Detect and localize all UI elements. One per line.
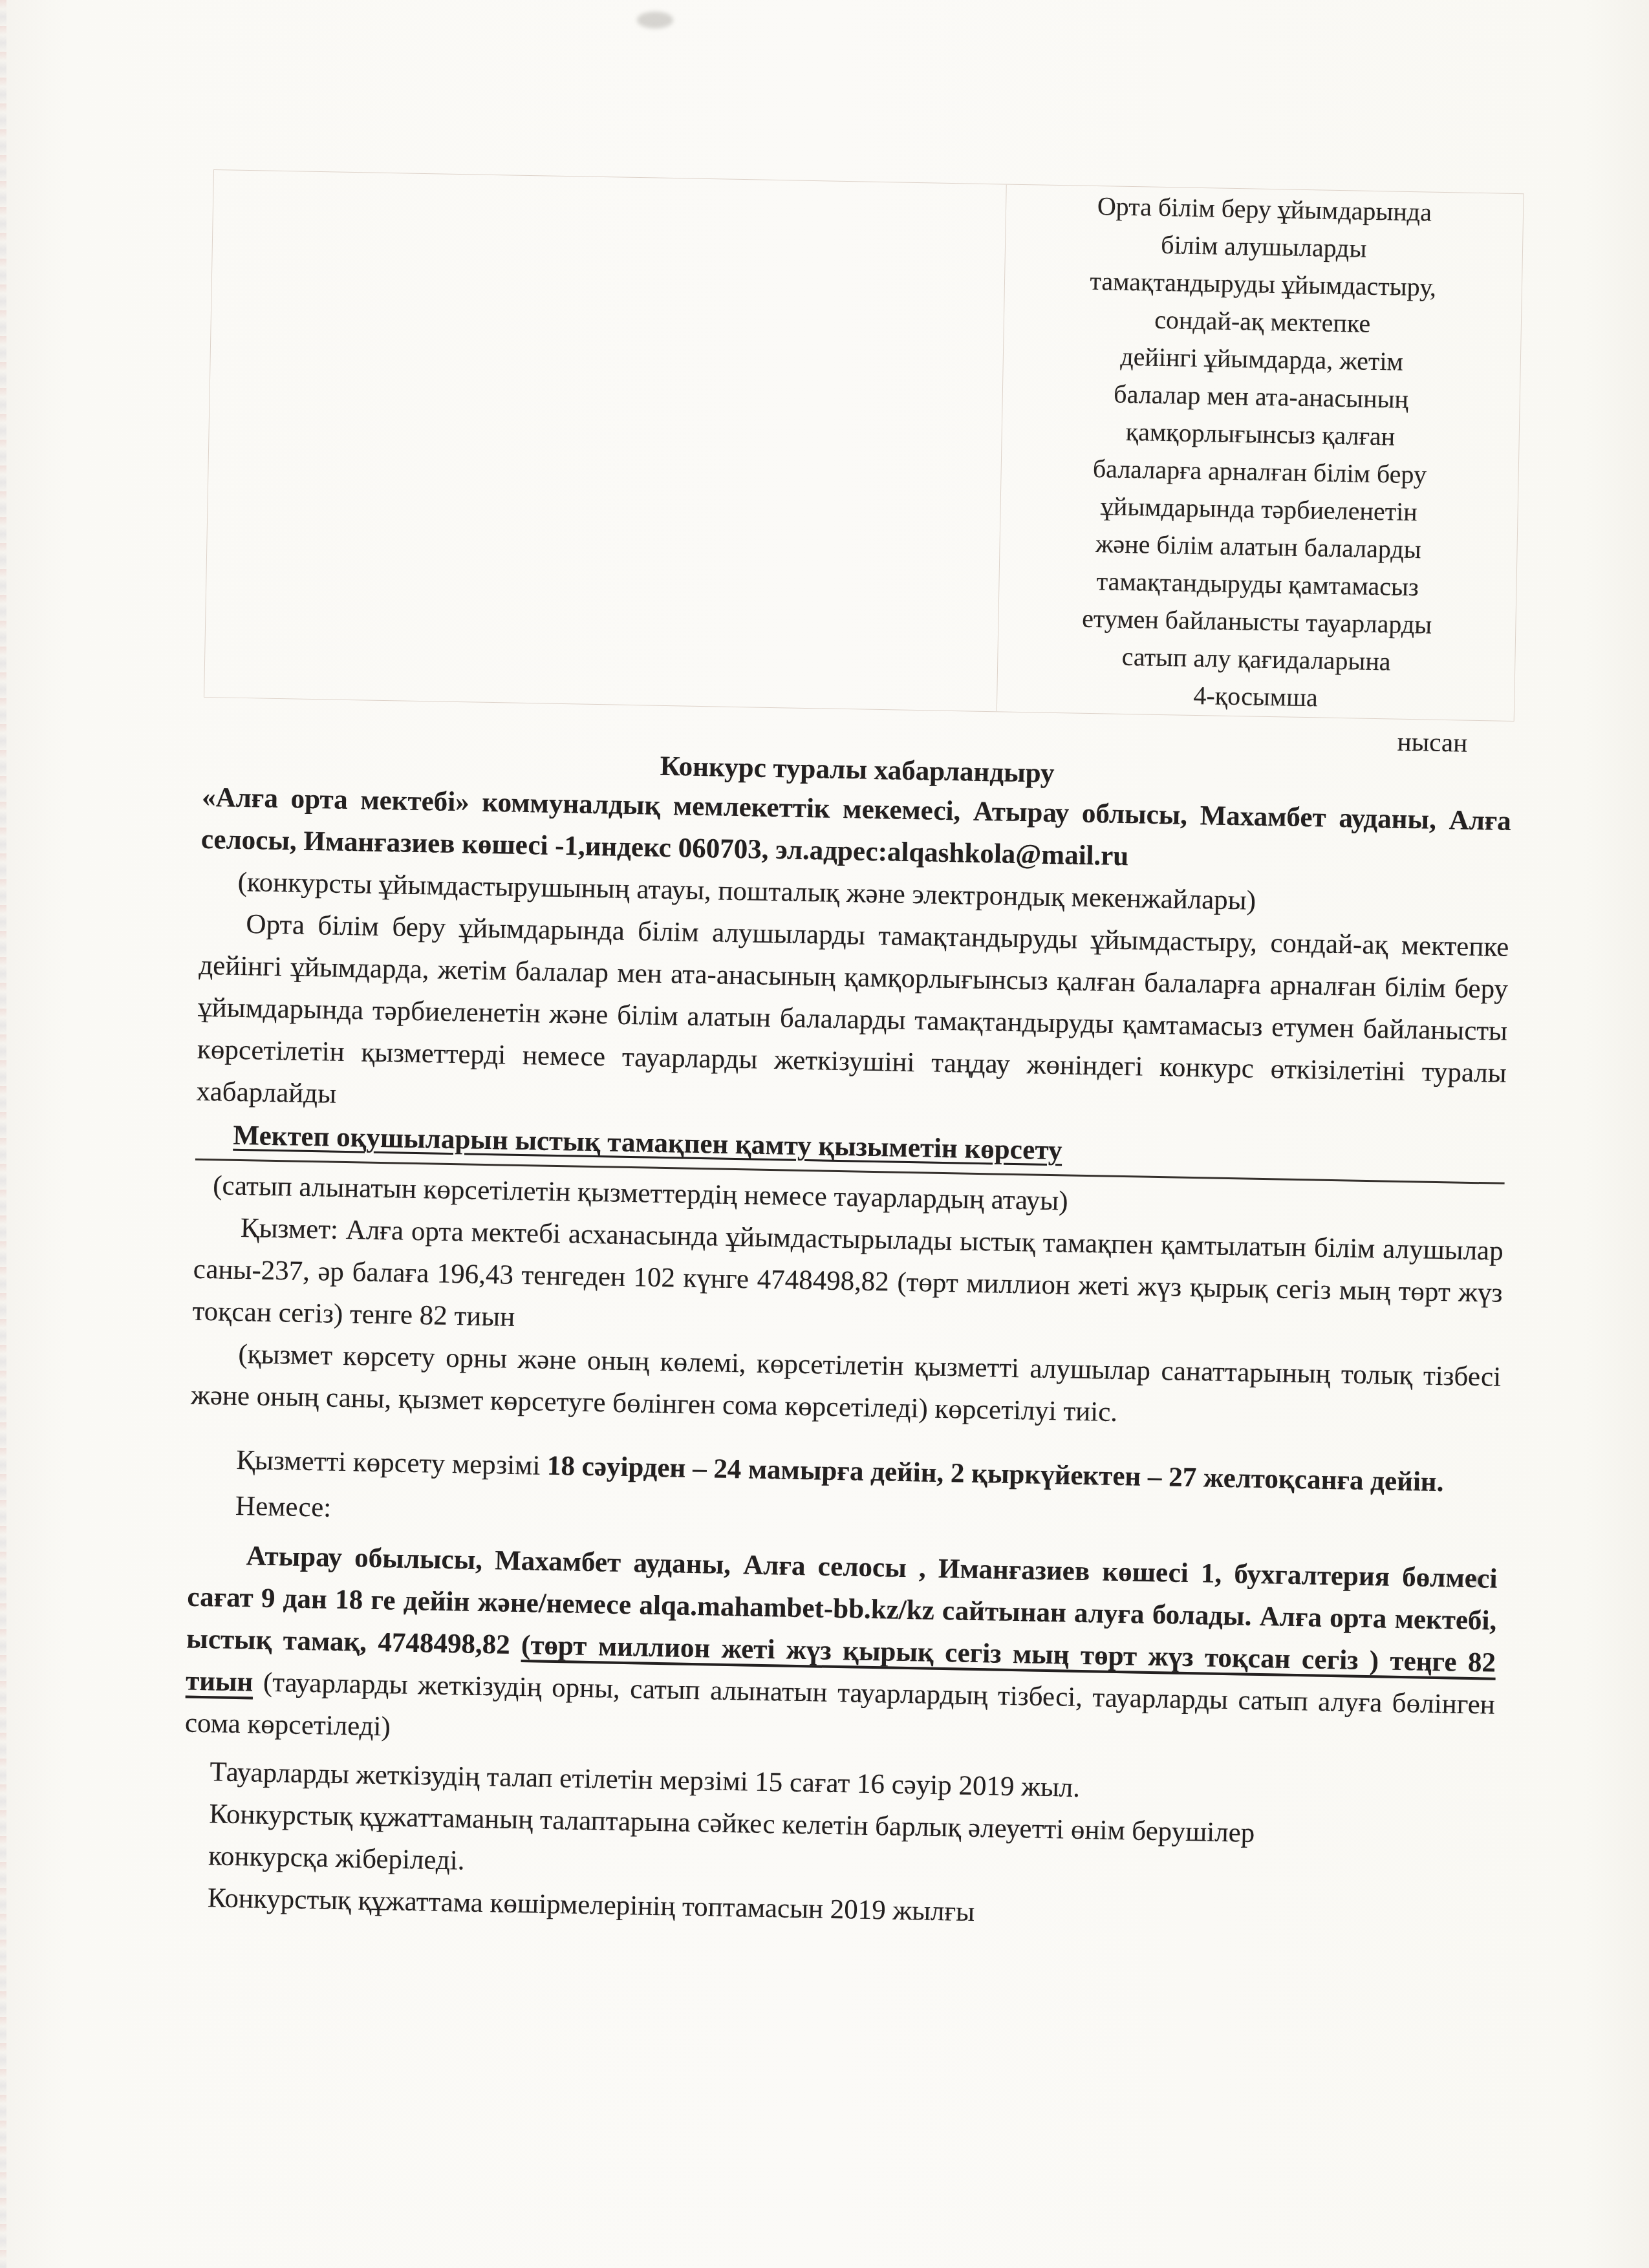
location-note: (тауарларды жеткізудің орны, сатып алына… [185,1667,1496,1742]
document-content: Орта білім беру ұйымдарында білім алушыл… [181,169,1522,1943]
appendix-table-empty-cell [204,170,1006,711]
location-paragraph: Атырау обылысы, Махамбет ауданы, Алға се… [184,1534,1498,1768]
scan-smudge [637,12,673,28]
appendix-table: Орта білім беру ұйымдарында білім алушыл… [204,169,1524,722]
service-term-prefix: Қызметті көрсету мерзімі [236,1445,548,1481]
subject-heading-rule [1062,1171,1505,1180]
service-description-paragraph: Қызмет: Алға орта мектебі асханасында ұй… [192,1206,1503,1356]
scan-page-background: Орта білім беру ұйымдарында білім алушыл… [0,0,1649,2268]
scanner-edge-artifact [0,0,6,2268]
intro-paragraph: Орта білім беру ұйымдарында білім алушыл… [196,903,1509,1137]
scanned-document-page: { "doc": { "appendix": { "lines": [ "Орт… [0,0,1649,2268]
service-term-dates: 18 сәуірден – 24 мамырға дейін, 2 қыркүй… [547,1451,1444,1497]
appendix-reference-cell: Орта білім беру ұйымдарында білім алушыл… [997,184,1523,721]
